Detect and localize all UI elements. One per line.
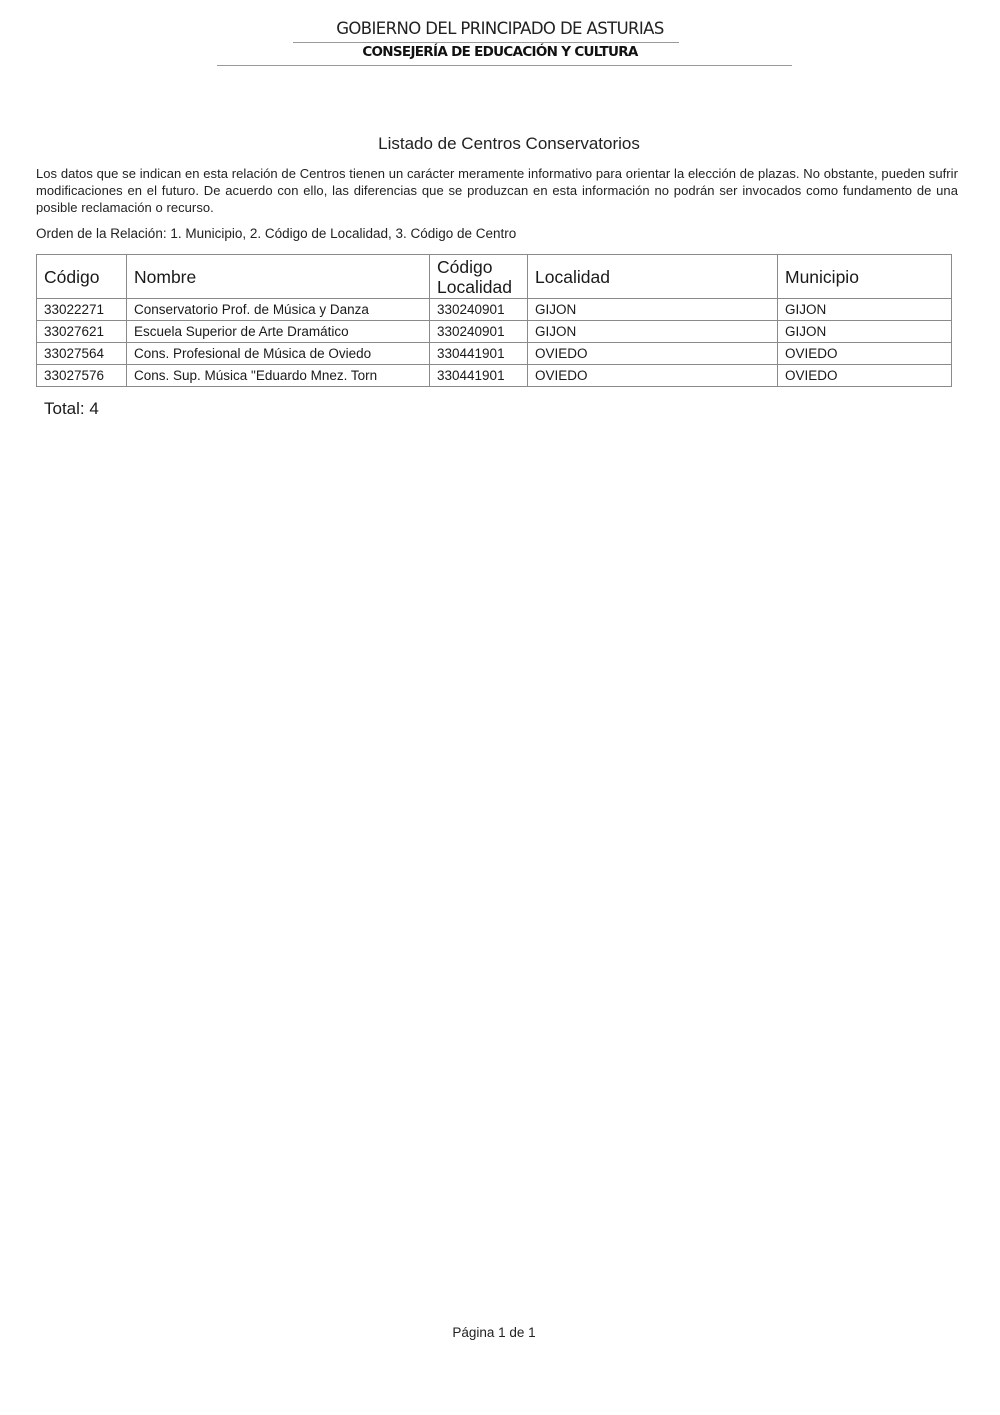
disclaimer-text: Los datos que se indican en esta relació…	[36, 165, 958, 216]
header-divider	[293, 42, 679, 43]
column-header-nombre: Nombre	[127, 255, 430, 299]
cell-municipio: OVIEDO	[778, 343, 952, 365]
cell-nombre: Escuela Superior de Arte Dramático	[127, 321, 430, 343]
page-number: Página 1 de 1	[0, 1325, 988, 1340]
cell-codigo: 33027564	[37, 343, 127, 365]
cell-nombre: Cons. Sup. Música "Eduardo Mnez. Torn	[127, 365, 430, 387]
column-header-codigo-localidad-line1: Código	[437, 257, 492, 277]
cell-codigo: 33027576	[37, 365, 127, 387]
cell-municipio: GIJON	[778, 321, 952, 343]
total-count: Total: 4	[44, 399, 99, 419]
cell-codigo-localidad: 330240901	[430, 321, 528, 343]
table-row: 33027576 Cons. Sup. Música "Eduardo Mnez…	[37, 365, 952, 387]
cell-codigo-localidad: 330240901	[430, 299, 528, 321]
cell-codigo: 33022271	[37, 299, 127, 321]
column-header-municipio: Municipio	[778, 255, 952, 299]
cell-localidad: GIJON	[528, 321, 778, 343]
department-title: CONSEJERÍA DE EDUCACIÓN Y CULTURA	[0, 44, 1000, 61]
column-header-localidad: Localidad	[528, 255, 778, 299]
header-divider	[217, 65, 792, 66]
cell-localidad: OVIEDO	[528, 365, 778, 387]
centros-table: Código Nombre Código Localidad Localidad…	[36, 254, 952, 387]
cell-municipio: GIJON	[778, 299, 952, 321]
column-header-codigo-localidad-line2: Localidad	[437, 277, 512, 297]
cell-codigo: 33027621	[37, 321, 127, 343]
cell-codigo-localidad: 330441901	[430, 343, 528, 365]
document-title: Listado de Centros Conservatorios	[0, 134, 1000, 154]
table-row: 33027564 Cons. Profesional de Música de …	[37, 343, 952, 365]
cell-nombre: Conservatorio Prof. de Música y Danza	[127, 299, 430, 321]
sort-order-text: Orden de la Relación: 1. Municipio, 2. C…	[36, 225, 516, 243]
cell-localidad: GIJON	[528, 299, 778, 321]
organization-title: GOBIERNO DEL PRINCIPADO DE ASTURIAS	[0, 19, 1000, 39]
column-header-codigo-localidad: Código Localidad	[430, 255, 528, 299]
column-header-codigo: Código	[37, 255, 127, 299]
table-header-row: Código Nombre Código Localidad Localidad…	[37, 255, 952, 299]
cell-codigo-localidad: 330441901	[430, 365, 528, 387]
cell-nombre: Cons. Profesional de Música de Oviedo	[127, 343, 430, 365]
cell-municipio: OVIEDO	[778, 365, 952, 387]
table-row: 33022271 Conservatorio Prof. de Música y…	[37, 299, 952, 321]
table-row: 33027621 Escuela Superior de Arte Dramát…	[37, 321, 952, 343]
cell-localidad: OVIEDO	[528, 343, 778, 365]
